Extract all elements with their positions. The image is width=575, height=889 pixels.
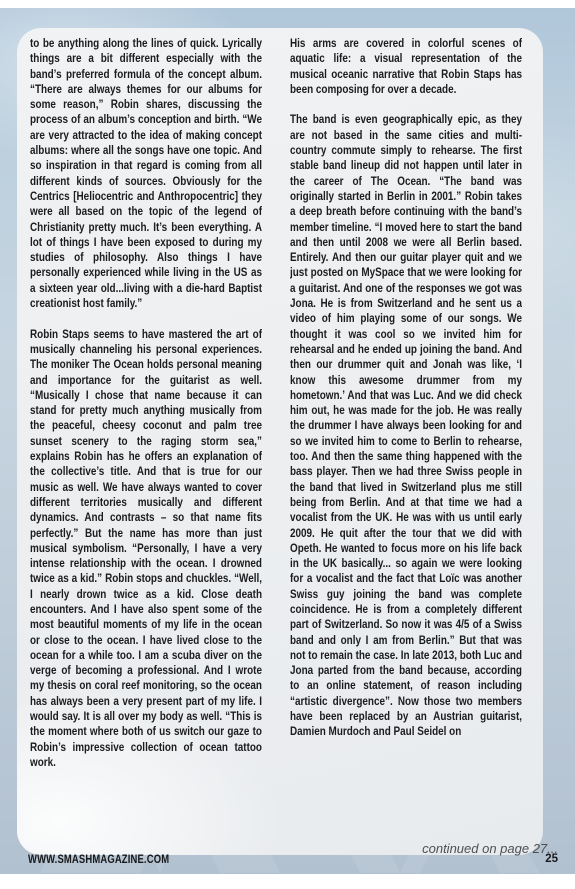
article-column-left: to be anything along the lines of quick.… — [30, 36, 262, 850]
article-paragraph: His arms are covered in colorful scenes … — [290, 36, 522, 97]
article-paragraph: to be anything along the lines of quick.… — [30, 36, 262, 311]
footer-website-url: WWW.SMASHMAGAZINE.COM — [28, 854, 169, 866]
article-panel: to be anything along the lines of quick.… — [17, 28, 543, 855]
continued-on-page-notice: continued on page 27... — [422, 841, 558, 856]
magazine-page: to be anything along the lines of quick.… — [0, 0, 575, 889]
article-column-right: His arms are covered in colorful scenes … — [290, 36, 522, 850]
article-paragraph: Robin Staps seems to have mastered the a… — [30, 327, 262, 771]
page-number: 25 — [545, 853, 558, 865]
article-paragraph: The band is even geographically epic, as… — [290, 112, 522, 739]
